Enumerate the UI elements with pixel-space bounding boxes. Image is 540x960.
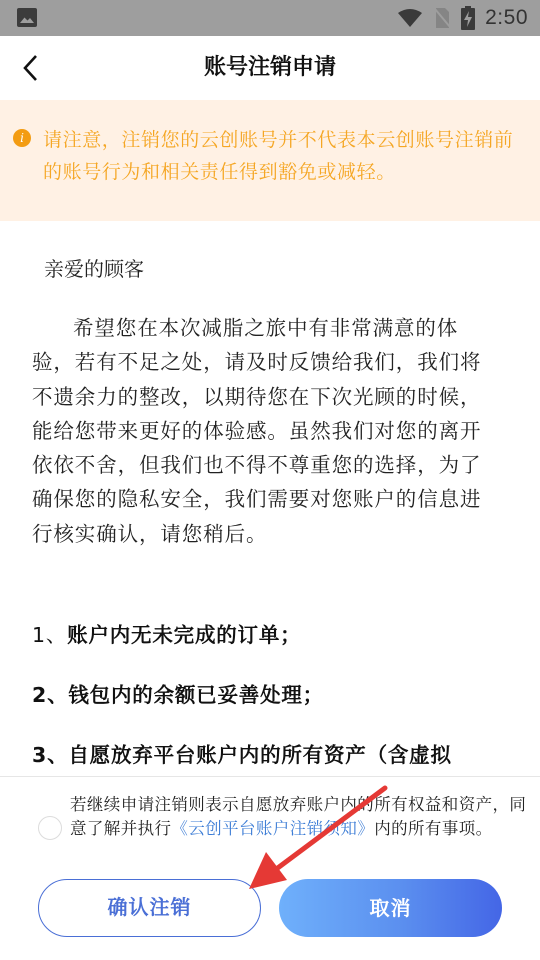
status-bar: 2:50 bbox=[0, 0, 540, 36]
agreement-section: 若继续申请注销则表示自愿放弃账户内的所有权益和资产，同意了解并执行《云创平台账户… bbox=[0, 777, 540, 867]
condition-text: 自愿放弃平台账户内的所有资产（含虚拟 bbox=[68, 743, 451, 767]
condition-number: 1、 bbox=[32, 623, 67, 647]
agreement-radio[interactable] bbox=[38, 816, 62, 840]
nav-bar: 账号注销申请 bbox=[0, 36, 540, 100]
notice-text: 请注意，注销您的云创账号并不代表本云创账号注销前的账号行为和相关责任得到豁免或减… bbox=[43, 124, 523, 188]
wifi-icon bbox=[397, 8, 423, 28]
condition-number: 2、 bbox=[32, 683, 68, 707]
condition-item: 2、钱包内的余额已妥善处理； bbox=[32, 678, 324, 708]
greeting: 亲爱的顾客 bbox=[44, 253, 144, 282]
condition-number: 3、 bbox=[32, 743, 68, 767]
image-notification-icon bbox=[17, 8, 37, 27]
info-icon: i bbox=[13, 129, 31, 147]
status-time: 2:50 bbox=[485, 6, 528, 30]
agreement-text: 若继续申请注销则表示自愿放弃账户内的所有权益和资产，同意了解并执行《云创平台账户… bbox=[70, 793, 532, 840]
letter-paragraph: 希望您在本次减脂之旅中有非常满意的体验，若有不足之处，请及时反馈给我们，我们将不… bbox=[32, 311, 494, 551]
condition-text: 账户内无未完成的订单； bbox=[67, 623, 301, 647]
confirm-cancel-account-button[interactable]: 确认注销 bbox=[38, 879, 261, 937]
battery-charging-icon bbox=[461, 6, 475, 30]
page-title: 账号注销申请 bbox=[0, 36, 540, 100]
condition-item: 1、账户内无未完成的订单； bbox=[32, 618, 301, 648]
condition-text: 钱包内的余额已妥善处理； bbox=[68, 683, 324, 707]
condition-item: 3、自愿放弃平台账户内的所有资产（含虚拟 bbox=[32, 738, 452, 768]
cancel-button[interactable]: 取消 bbox=[279, 879, 502, 937]
warning-notice: i 请注意，注销您的云创账号并不代表本云创账号注销前的账号行为和相关责任得到豁免… bbox=[0, 100, 540, 221]
agreement-text-after: 内的所有事项。 bbox=[374, 819, 492, 838]
letter-content[interactable]: 亲爱的顾客 希望您在本次减脂之旅中有非常满意的体验，若有不足之处，请及时反馈给我… bbox=[0, 221, 540, 776]
cancellation-terms-link[interactable]: 《云创平台账户注销须知》 bbox=[171, 819, 374, 838]
no-sim-icon bbox=[433, 7, 451, 29]
